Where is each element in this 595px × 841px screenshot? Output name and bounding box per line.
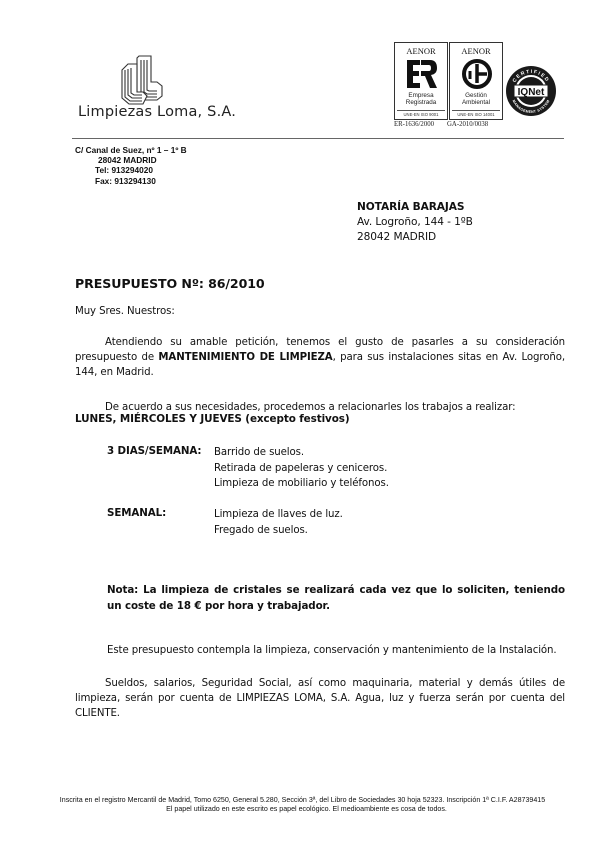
legal-footer: Inscrita en el registro Mercantil de Mad… (0, 796, 595, 815)
schedule-label: SEMANAL: (107, 507, 166, 519)
sender-tel: Tel: 913294020 (75, 165, 187, 175)
service-days: LUNES, MIÉRCOLES Y JUEVES (excepto festi… (75, 413, 350, 425)
intro-paragraph: Atendiendo su amable petición, tenemos e… (75, 335, 565, 380)
cert-org: AENOR (450, 46, 502, 56)
salutation: Muy Sres. Nuestros: (75, 306, 175, 317)
recipient-name: NOTARÍA BARAJAS (357, 200, 473, 215)
task-item: Limpieza de mobiliario y teléfonos. (214, 476, 389, 492)
recipient-address: NOTARÍA BARAJAS Av. Logroño, 144 - 1ºB 2… (357, 200, 473, 245)
sender-address: C/ Canal de Suez, nº 1 – 1º B 28042 MADR… (75, 145, 187, 186)
header-divider (72, 138, 564, 139)
sender-fax: Fax: 913294130 (75, 176, 187, 186)
iqnet-certified-seal-icon: IQNet CERTIFIED MANAGEMENT SYSTEM (505, 65, 557, 117)
recipient-city: 28042 MADRID (357, 230, 473, 245)
recipient-street: Av. Logroño, 144 - 1ºB (357, 215, 473, 230)
aenor-ga-certification-badge: AENOR Gestión Ambiental UNE-EN ISO 14001 (449, 42, 503, 120)
task-item: Fregado de suelos. (214, 523, 343, 539)
cert-standard: UNE-EN ISO 14001 (452, 110, 500, 117)
document-title: PRESUPUESTO Nº: 86/2010 (75, 276, 265, 291)
eco-note: El papel utilizado en este escrito es pa… (0, 805, 595, 814)
sender-city: 28042 MADRID (75, 155, 187, 165)
service-name: MANTENIMIENTO DE LIMPIEZA (158, 352, 332, 363)
schedule-task-list: Limpieza de llaves de luz. Fregado de su… (214, 507, 343, 538)
er-mark-icon (405, 58, 439, 90)
company-logo-icon (117, 52, 177, 104)
schedule-label: 3 DIAS/SEMANA: (107, 445, 201, 457)
cert-code: GA-2010/0038 (447, 121, 488, 128)
pricing-note: Nota: La limpieza de cristales se realiz… (107, 583, 565, 614)
company-name: Limpiezas Loma, S.A. (78, 104, 236, 120)
cert-org: AENOR (395, 46, 447, 56)
task-item: Barrido de suelos. (214, 445, 389, 461)
sender-street: C/ Canal de Suez, nº 1 – 1º B (75, 145, 187, 155)
svg-text:IQNet: IQNet (518, 87, 545, 98)
responsibilities-paragraph: Sueldos, salarios, Seguridad Social, así… (75, 676, 565, 721)
ga-mark-icon (461, 57, 493, 91)
cert-standard: UNE-EN ISO 9001 (397, 110, 445, 117)
schedule-task-list: Barrido de suelos. Retirada de papeleras… (214, 445, 389, 492)
aenor-er-certification-badge: AENOR Empresa Registrada UNE-EN ISO 9001 (394, 42, 448, 120)
task-item: Limpieza de llaves de luz. (214, 507, 343, 523)
cert-label: Empresa Registrada (395, 93, 447, 106)
scope-paragraph: Este presupuesto contempla la limpieza, … (107, 645, 557, 656)
cert-code: ER-1636/2000 (394, 121, 434, 128)
registry-info: Inscrita en el registro Mercantil de Mad… (0, 796, 595, 805)
cert-label: Gestión Ambiental (450, 93, 502, 106)
task-item: Retirada de papeleras y ceniceros. (214, 461, 389, 477)
